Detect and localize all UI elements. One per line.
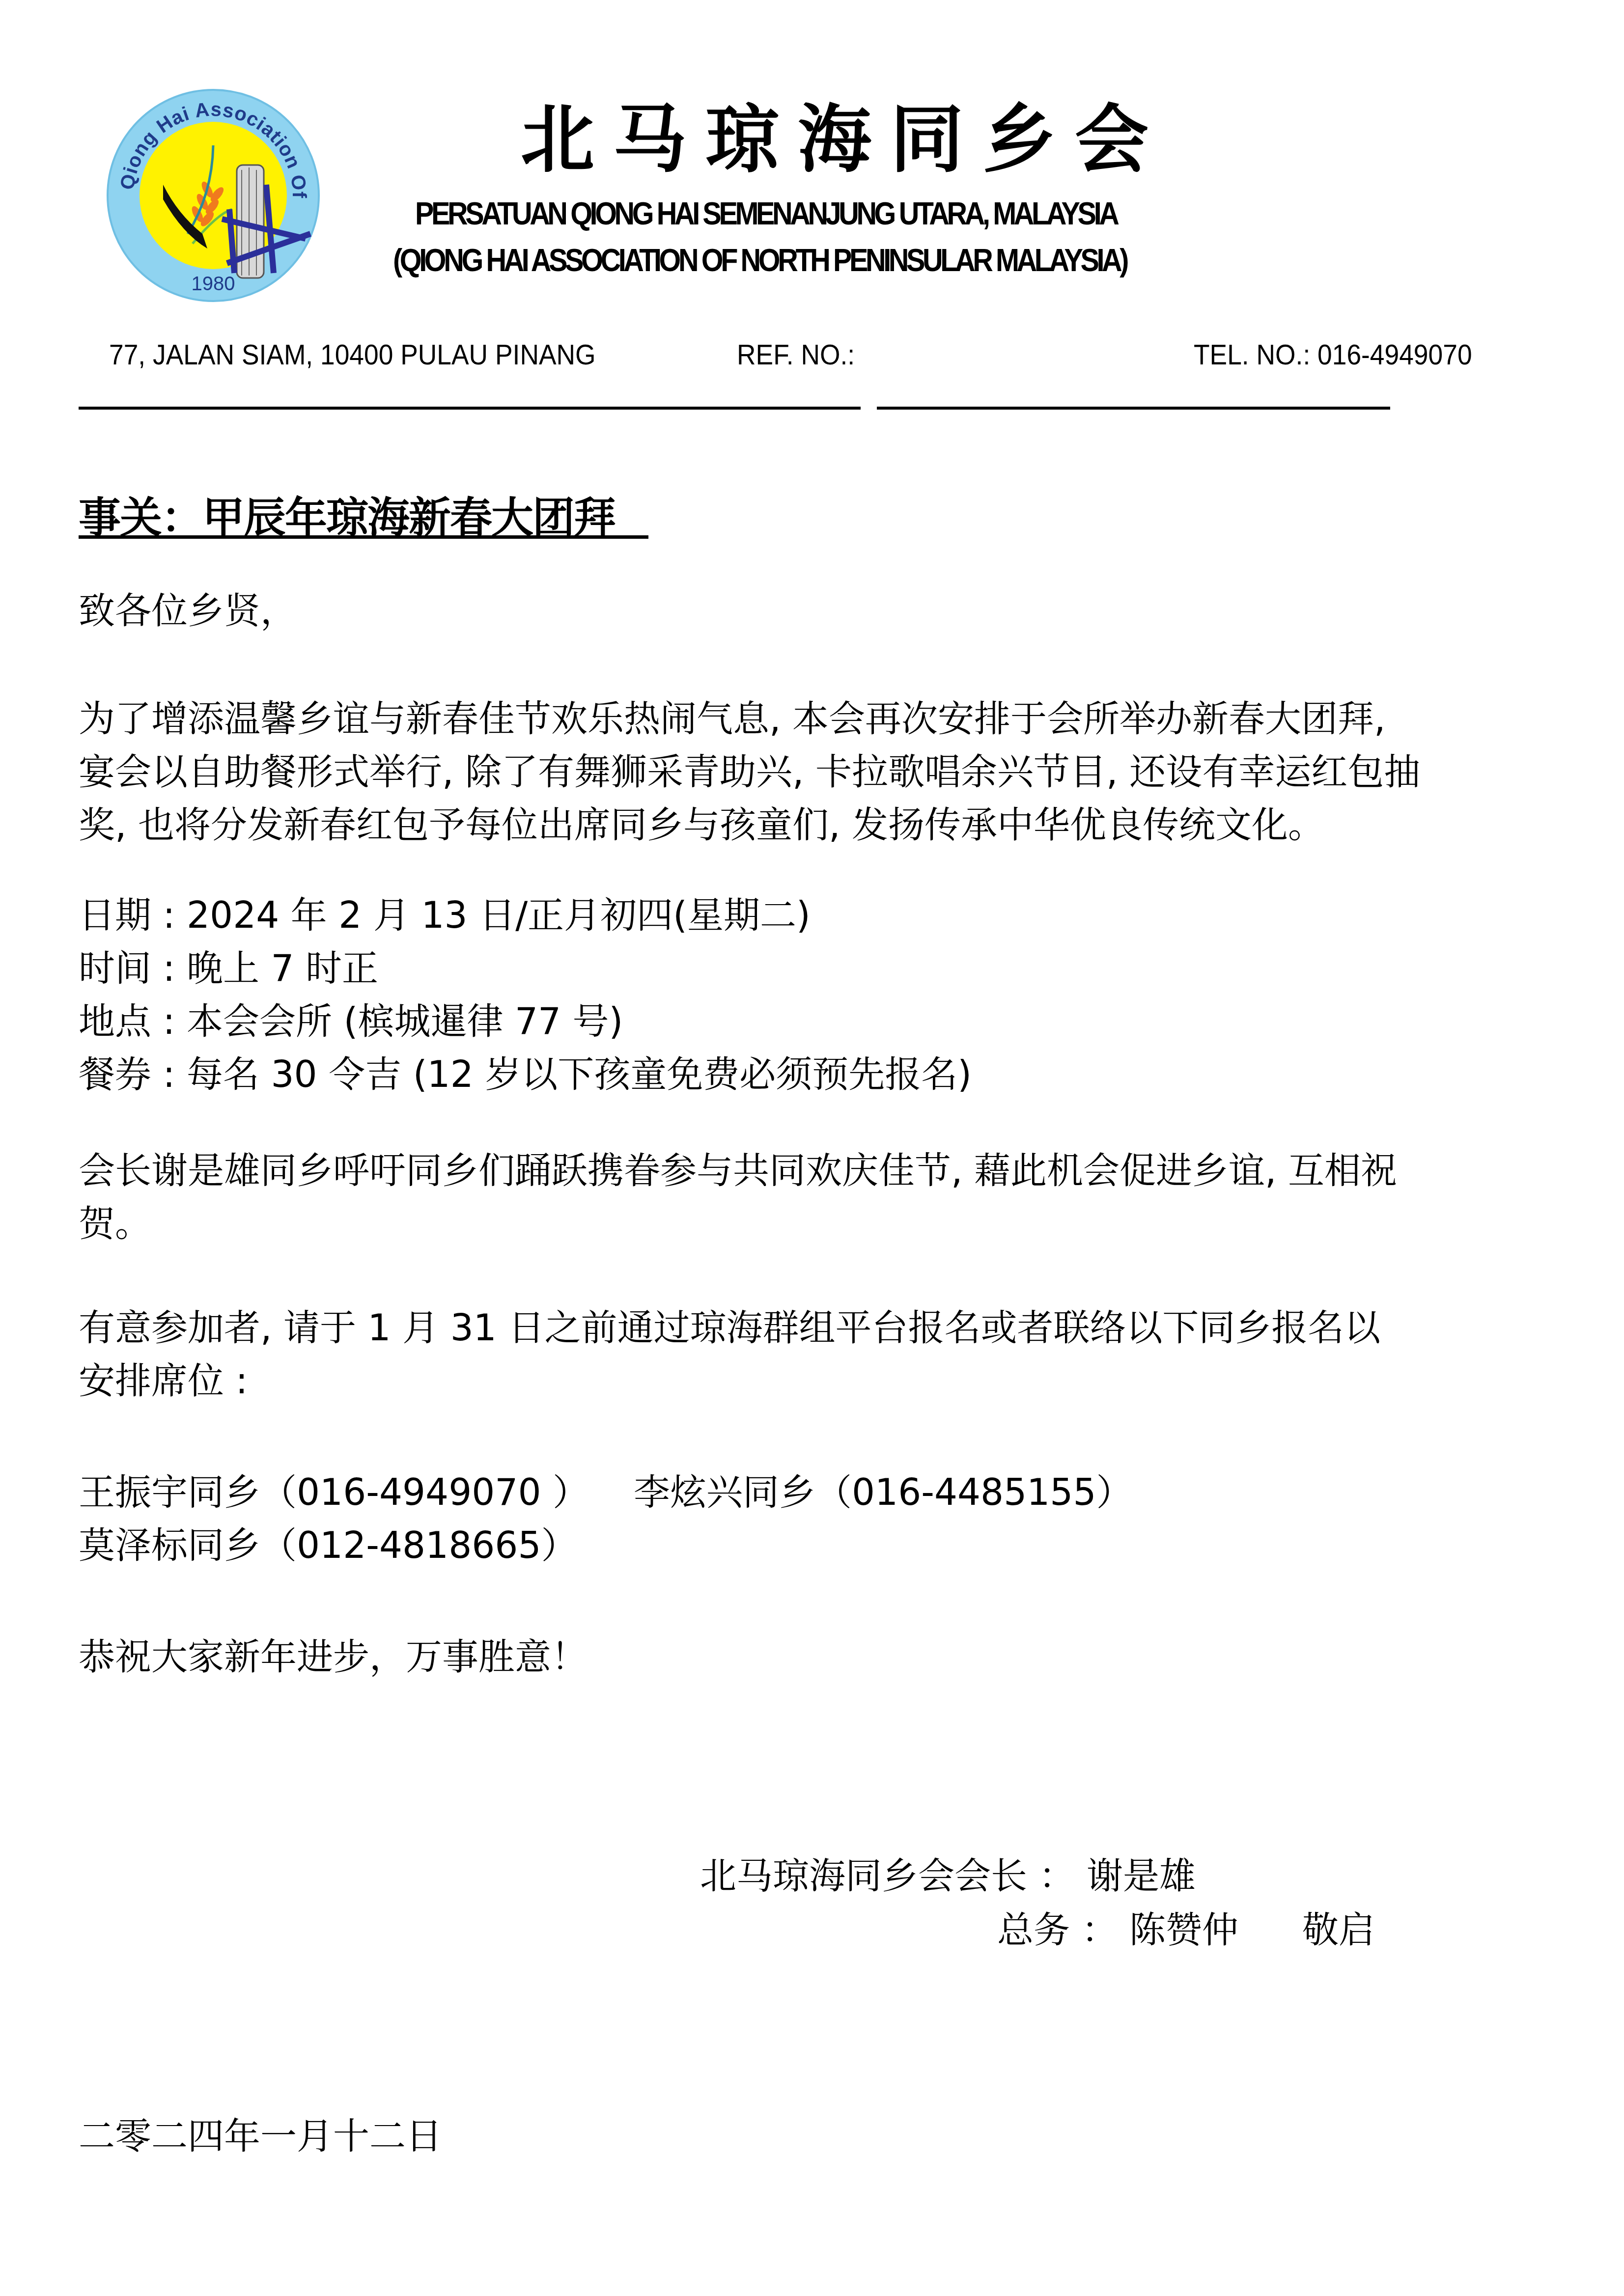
paragraph-line: 贺。: [79, 1197, 1552, 1250]
contact-name: 莫泽标同乡: [79, 1524, 260, 1567]
contact-row: 莫泽标同乡（012-4818665）: [79, 1519, 1552, 1572]
detail-time: 时间 : 晚上 7 时正: [79, 942, 1552, 995]
contact-name: 李炫兴同乡: [634, 1471, 815, 1514]
paragraph-registration: 有意参加者, 请于 1 月 31 日之前通过琼海群组平台报名或者联络以下同乡报名…: [79, 1301, 1552, 1408]
contact-row: 王振宇同乡（016-4949070 ） 李炫兴同乡（016-4485155）: [79, 1466, 1552, 1519]
signature-secretary: 总务 ： 陈赞仲敬启: [997, 1906, 1375, 1955]
event-details: 日期 : 2024 年 2 月 13 日/正月初四(星期二) 时间 : 晚上 7…: [79, 889, 1552, 1101]
association-name-malay: PERSATUAN QIONG HAI SEMENANJUNG UTARA, M…: [415, 194, 1117, 233]
header-divider-right: [877, 407, 1390, 410]
detail-separator: :: [151, 894, 187, 937]
header-divider-left: [79, 407, 861, 410]
address: 77, JALAN SIAM, 10400 PULAU PINANG: [109, 338, 596, 372]
contact-name: 王振宇同乡: [79, 1471, 260, 1514]
detail-label: 餐券: [79, 1053, 151, 1096]
detail-date: 日期 : 2024 年 2 月 13 日/正月初四(星期二): [79, 889, 1552, 942]
ref-number-label: REF. NO.:: [737, 338, 855, 372]
detail-value: 本会会所 (槟城暹律 77 号): [187, 1000, 623, 1043]
contact-phone: （012-4818665）: [260, 1524, 578, 1567]
contact-list: 王振宇同乡（016-4949070 ） 李炫兴同乡（016-4485155） 莫…: [79, 1466, 1552, 1572]
closing-respect: 敬启: [1302, 1909, 1375, 1951]
contact-item: 莫泽标同乡（012-4818665）: [79, 1524, 578, 1567]
contact-item: 李炫兴同乡（016-4485155）: [634, 1466, 1133, 1519]
logo-emblem-icon: Qiong Hai Association Of North Peninsula…: [104, 86, 322, 304]
letter-greeting: 致各位乡贤，: [79, 584, 1552, 637]
detail-value: 晚上 7 时正: [187, 947, 378, 990]
paragraph-line: 奖, 也将分发新春红包予每位出席同乡与孩童们, 发扬传承中华优良传统文化。: [79, 799, 1552, 852]
paragraph-intro: 为了增添温馨乡谊与新春佳节欢乐热闹气息, 本会再次安排于会所举办新春大团拜, 宴…: [79, 692, 1552, 852]
paragraph-line: 为了增添温馨乡谊与新春佳节欢乐热闹气息, 本会再次安排于会所举办新春大团拜,: [79, 692, 1552, 746]
signature-president: 北马琼海同乡会会长 ： 谢是雄: [700, 1852, 1196, 1901]
detail-separator: :: [151, 1053, 187, 1096]
letter-date: 二零二四年一月十二日: [79, 2112, 442, 2161]
svg-text:1980: 1980: [192, 273, 235, 295]
detail-separator: :: [151, 1000, 187, 1043]
paragraph-line: 会长谢是雄同乡呼吁同乡们踊跃携眷参与共同欢庆佳节, 藉此机会促进乡谊, 互相祝: [79, 1144, 1552, 1197]
association-name-chinese: 北马琼海同乡会: [521, 98, 1167, 182]
detail-label: 日期: [79, 894, 151, 937]
contact-item: 王振宇同乡（016-4949070 ）: [79, 1471, 589, 1514]
detail-value: 2024 年 2 月 13 日/正月初四(星期二): [187, 894, 811, 937]
association-logo: Qiong Hai Association Of North Peninsula…: [104, 86, 322, 304]
detail-ticket: 餐券 : 每名 30 令吉 (12 岁以下孩童免费必须预先报名): [79, 1048, 1552, 1101]
paragraph-line: 安排席位 :: [79, 1355, 1552, 1408]
contact-phone: （016-4949070 ）: [260, 1471, 589, 1514]
subject-underline: [79, 535, 648, 539]
telephone-number: TEL. NO.: 016-4949070: [1194, 338, 1472, 372]
detail-label: 时间: [79, 947, 151, 990]
paragraph-president-appeal: 会长谢是雄同乡呼吁同乡们踊跃携眷参与共同欢庆佳节, 藉此机会促进乡谊, 互相祝 …: [79, 1144, 1552, 1250]
paragraph-line: 有意参加者, 请于 1 月 31 日之前通过琼海群组平台报名或者联络以下同乡报名…: [79, 1301, 1552, 1355]
new-year-wish: 恭祝大家新年进步，万事胜意！: [79, 1631, 1552, 1684]
paragraph-line: 宴会以自助餐形式举行, 除了有舞狮采青助兴, 卡拉歌唱余兴节目, 还设有幸运红包…: [79, 746, 1552, 799]
detail-venue: 地点 : 本会会所 (槟城暹律 77 号): [79, 995, 1552, 1048]
contact-phone: （016-4485155）: [815, 1471, 1133, 1514]
secretary-name: 总务 ： 陈赞仲: [997, 1909, 1238, 1951]
detail-separator: :: [151, 947, 187, 990]
association-name-english: (QIONG HAI ASSOCIATION OF NORTH PENINSUL…: [393, 241, 1126, 280]
detail-label: 地点: [79, 1000, 151, 1043]
detail-value: 每名 30 令吉 (12 岁以下孩童免费必须预先报名): [187, 1053, 972, 1096]
